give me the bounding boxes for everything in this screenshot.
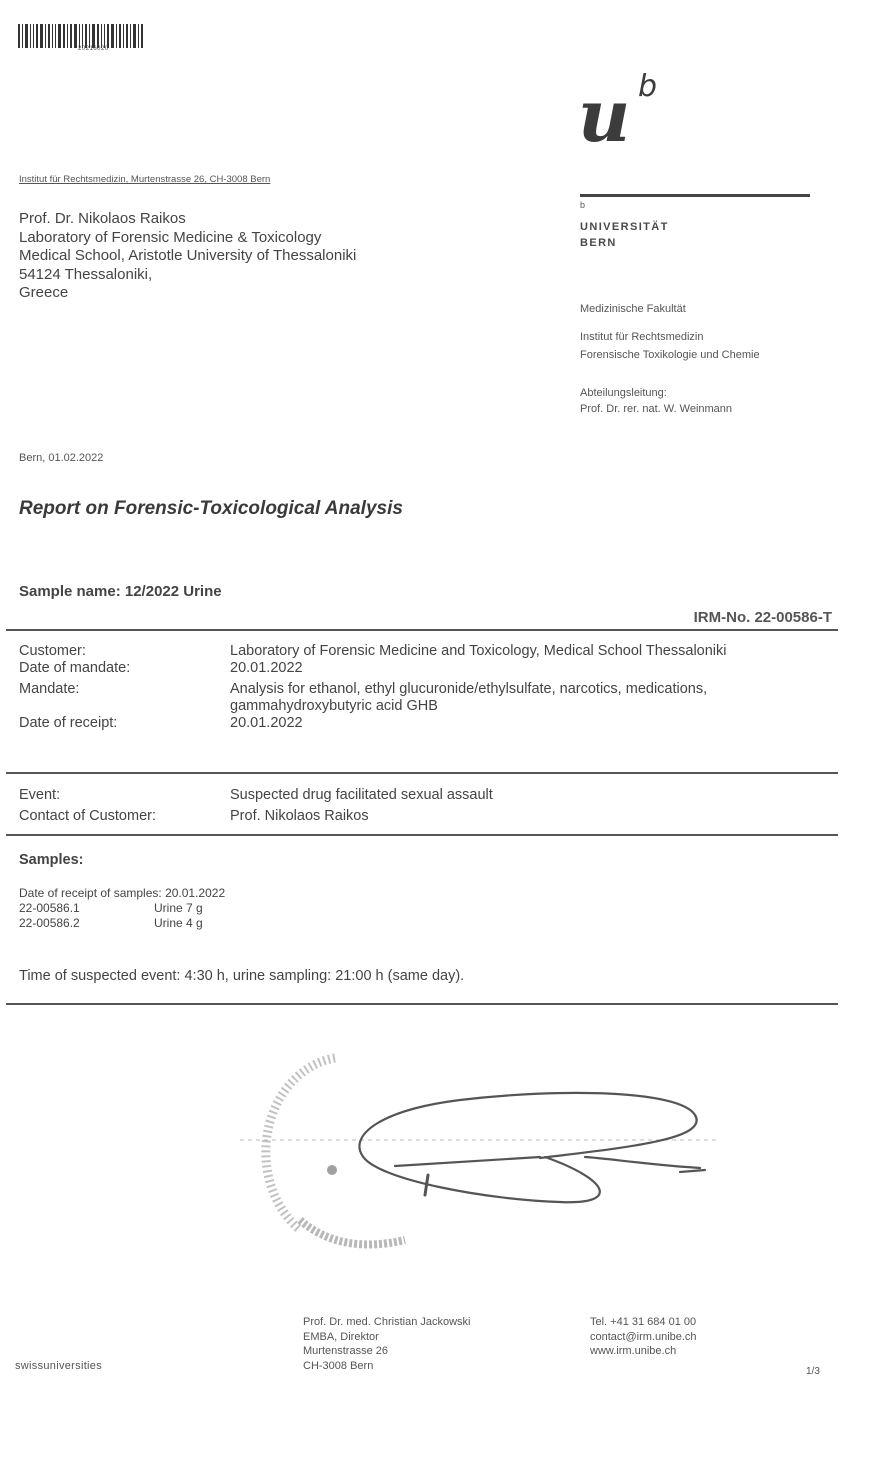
director-line: CH-3008 Bern bbox=[303, 1359, 471, 1374]
barcode bbox=[18, 24, 193, 48]
time-of-event-note: Time of suspected event: 4:30 h, urine s… bbox=[19, 968, 464, 984]
sample-desc: Urine 7 g bbox=[154, 901, 203, 916]
barcode-bar bbox=[25, 24, 28, 48]
divider bbox=[6, 834, 838, 836]
barcode-bar bbox=[104, 24, 105, 48]
sample-id: 22-00586.2 bbox=[19, 916, 154, 931]
barcode-bar bbox=[116, 24, 117, 48]
barcode-bar bbox=[107, 24, 109, 48]
logo-divider bbox=[580, 194, 810, 197]
email-link[interactable]: contact@irm.unibe.ch bbox=[590, 1330, 697, 1345]
director-address: Prof. Dr. med. Christian Jackowski EMBA,… bbox=[303, 1315, 471, 1373]
barcode-bar bbox=[67, 24, 68, 48]
detail-label: Date of receipt: bbox=[19, 715, 230, 732]
barcode-bar bbox=[22, 24, 23, 48]
divider bbox=[6, 629, 838, 631]
swissuniversities-logo: swissuniversities bbox=[15, 1360, 102, 1372]
detail-value: Suspected drug facilitated sexual assaul… bbox=[230, 787, 819, 804]
detail-value: Prof. Nikolaos Raikos bbox=[230, 808, 819, 825]
recipient-line: Laboratory of Forensic Medicine & Toxico… bbox=[19, 229, 356, 248]
barcode-bar bbox=[138, 24, 139, 48]
contact-info: Tel. +41 31 684 01 00 contact@irm.unibe.… bbox=[590, 1315, 697, 1359]
barcode-bar bbox=[70, 24, 72, 48]
detail-label: Contact of Customer: bbox=[19, 808, 230, 825]
barcode-bar bbox=[30, 24, 31, 48]
divider bbox=[6, 772, 838, 774]
detail-value: 20.01.2022 bbox=[230, 660, 819, 677]
sample-name: Sample name: 12/2022 Urine bbox=[19, 583, 222, 600]
barcode-bar bbox=[58, 24, 61, 48]
barcode-bar bbox=[111, 24, 114, 48]
barcode-bar bbox=[36, 24, 38, 48]
detail-row: Date of receipt: 20.01.2022 bbox=[19, 715, 819, 732]
samples-receipt-date: Date of receipt of samples: 20.01.2022 bbox=[19, 886, 225, 901]
page-number: 1/3 bbox=[806, 1366, 820, 1377]
mandate-details-table: Customer: Laboratory of Forensic Medicin… bbox=[19, 643, 819, 732]
detail-row: Event: Suspected drug facilitated sexual… bbox=[19, 787, 819, 804]
report-date: Bern, 01.02.2022 bbox=[19, 452, 103, 464]
recipient-line: Greece bbox=[19, 284, 356, 303]
barcode-bar bbox=[133, 24, 136, 48]
director-line: Murtenstrasse 26 bbox=[303, 1344, 471, 1359]
detail-row: Mandate: Analysis for ethanol, ethyl glu… bbox=[19, 681, 819, 715]
recipient-line: Prof. Dr. Nikolaos Raikos bbox=[19, 210, 356, 229]
divider bbox=[6, 1003, 838, 1005]
official-stamp-icon bbox=[240, 1058, 720, 1245]
barcode-number: 20216020 bbox=[78, 46, 109, 52]
detail-label: Mandate: bbox=[19, 681, 230, 715]
university-logo-u: u bbox=[578, 80, 630, 152]
mandate-value: Analysis for ethanol, ethyl glucuronide/… bbox=[230, 681, 810, 715]
detail-value: Analysis for ethanol, ethyl glucuronide/… bbox=[230, 681, 819, 715]
event-details-table: Event: Suspected drug facilitated sexual… bbox=[19, 787, 819, 825]
report-title: Report on Forensic-Toxicological Analysi… bbox=[19, 498, 403, 520]
university-small-b: b bbox=[580, 200, 585, 210]
barcode-bar bbox=[126, 24, 128, 48]
website-link[interactable]: www.irm.unibe.ch bbox=[590, 1344, 697, 1359]
detail-value: 20.01.2022 bbox=[230, 715, 819, 732]
recipient-line: Medical School, Aristotle University of … bbox=[19, 247, 356, 266]
detail-value: Laboratory of Forensic Medicine and Toxi… bbox=[230, 643, 819, 660]
detail-label: Customer: bbox=[19, 643, 230, 660]
barcode-bar bbox=[48, 24, 50, 48]
department-head-name: Prof. Dr. rer. nat. W. Weinmann bbox=[580, 401, 732, 417]
customer-value: Laboratory of Forensic Medicine and Toxi… bbox=[230, 643, 775, 660]
barcode-bar bbox=[101, 24, 102, 48]
department-head-block: Abteilungsleitung: Prof. Dr. rer. nat. W… bbox=[580, 385, 732, 417]
barcode-bar bbox=[74, 24, 77, 48]
samples-heading: Samples: bbox=[19, 852, 83, 868]
barcode-bar bbox=[45, 24, 46, 48]
director-line: Prof. Dr. med. Christian Jackowski bbox=[303, 1315, 471, 1330]
barcode-bar bbox=[52, 24, 53, 48]
detail-row: Customer: Laboratory of Forensic Medicin… bbox=[19, 643, 819, 660]
barcode-bar bbox=[119, 24, 121, 48]
samples-list: Date of receipt of samples: 20.01.2022 2… bbox=[19, 886, 225, 931]
barcode-bar bbox=[55, 24, 56, 48]
phone: Tel. +41 31 684 01 00 bbox=[590, 1315, 697, 1330]
sender-address-line: Institut für Rechtsmedizin, Murtenstrass… bbox=[19, 174, 270, 185]
detail-label: Date of mandate: bbox=[19, 660, 230, 677]
barcode-bar bbox=[130, 24, 131, 48]
barcode-bar bbox=[79, 24, 80, 48]
stamp-and-signature bbox=[240, 1040, 720, 1260]
recipient-line: 54124 Thessaloniki, bbox=[19, 266, 356, 285]
institute-name: Institut für Rechtsmedizin bbox=[580, 328, 760, 346]
irm-number: IRM-No. 22-00586-T bbox=[694, 609, 832, 626]
university-logo-b: b bbox=[638, 72, 657, 102]
institute-block: Institut für Rechtsmedizin Forensische T… bbox=[580, 328, 760, 364]
recipient-address: Prof. Dr. Nikolaos Raikos Laboratory of … bbox=[19, 210, 356, 303]
barcode-bar bbox=[85, 24, 87, 48]
barcode-bar bbox=[92, 24, 95, 48]
faculty-name: Medizinische Fakultät bbox=[580, 303, 686, 315]
barcode-bar bbox=[63, 24, 65, 48]
director-line: EMBA, Direktor bbox=[303, 1330, 471, 1345]
barcode-bar bbox=[141, 24, 143, 48]
barcode-bar bbox=[18, 24, 20, 48]
signature-icon bbox=[359, 1093, 705, 1202]
detail-label: Event: bbox=[19, 787, 230, 804]
barcode-bar bbox=[123, 24, 124, 48]
barcode-bar bbox=[33, 24, 34, 48]
division-name: Forensische Toxikologie und Chemie bbox=[580, 346, 760, 364]
university-city: BERN bbox=[580, 235, 669, 251]
barcode-bar bbox=[89, 24, 90, 48]
department-head-label: Abteilungsleitung: bbox=[580, 385, 732, 401]
detail-row: Date of mandate: 20.01.2022 bbox=[19, 660, 819, 677]
sample-id: 22-00586.1 bbox=[19, 901, 154, 916]
sample-row: 22-00586.1 Urine 7 g bbox=[19, 901, 225, 916]
university-label: UNIVERSITÄT bbox=[580, 219, 669, 235]
barcode-bar bbox=[97, 24, 99, 48]
university-name: UNIVERSITÄT BERN bbox=[580, 219, 669, 251]
barcode-bar bbox=[40, 24, 43, 48]
barcode-bar bbox=[82, 24, 83, 48]
detail-row: Contact of Customer: Prof. Nikolaos Raik… bbox=[19, 808, 819, 825]
sample-row: 22-00586.2 Urine 4 g bbox=[19, 916, 225, 931]
sample-desc: Urine 4 g bbox=[154, 916, 203, 931]
